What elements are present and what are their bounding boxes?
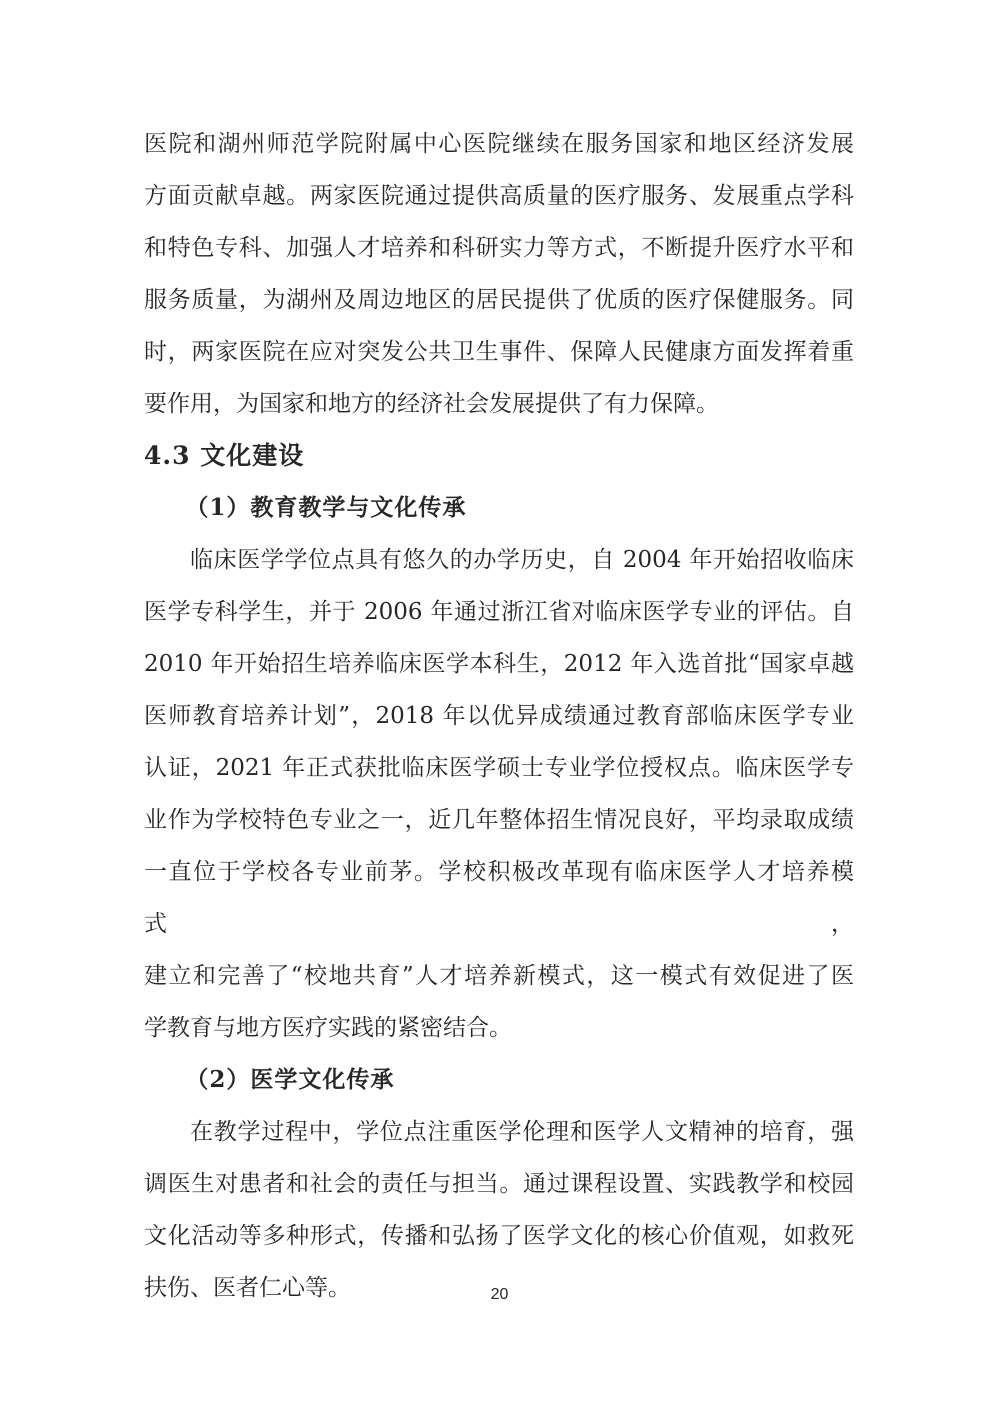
document-page: 医院和湖州师范学院附属中心医院继续在服务国家和地区经济发展方面贡献卓越。两家医院… [0, 0, 999, 1414]
text-line: 调医生对患者和社会的责任与担当。通过课程设置、实践教学和校园 [144, 1158, 854, 1210]
paragraph-medical-ethics: 在教学过程中，学位点注重医学伦理和医学人文精神的培育，强调医生对患者和社会的责任… [144, 1106, 854, 1314]
text-line: 学教育与地方医疗实践的紧密结合。 [144, 1002, 854, 1054]
text-line: 方面贡献卓越。两家医院通过提供高质量的医疗服务、发展重点学科 [144, 170, 854, 222]
text-line: 医学专科学生，并于 2006 年通过浙江省对临床医学专业的评估。自 [144, 586, 854, 638]
text-line: 业作为学校特色专业之一，近几年整体招生情况良好，平均录取成绩 [144, 794, 854, 846]
text-line: 在教学过程中，学位点注重医学伦理和医学人文精神的培育，强 [144, 1106, 854, 1158]
text-line: 医师教育培养计划”，2018 年以优异成绩通过教育部临床医学专业 [144, 690, 854, 742]
paragraph-clinical-medicine-history: 临床医学学位点具有悠久的办学历史，自 2004 年开始招收临床医学专科学生，并于… [144, 534, 854, 1054]
subsection-heading-education-teaching: （1）教育教学与文化传承 [144, 482, 854, 534]
text-line: 认证，2021 年正式获批临床医学硕士专业学位授权点。临床医学专 [144, 742, 854, 794]
text-line: 临床医学学位点具有悠久的办学历史，自 2004 年开始招收临床 [144, 534, 854, 586]
paragraph-hospitals-contribution: 医院和湖州师范学院附属中心医院继续在服务国家和地区经济发展方面贡献卓越。两家医院… [144, 118, 854, 430]
text-line: 医院和湖州师范学院附属中心医院继续在服务国家和地区经济发展 [144, 118, 854, 170]
page-number: 20 [0, 1286, 999, 1304]
text-line: 服务质量，为湖州及周边地区的居民提供了优质的医疗保健服务。同 [144, 274, 854, 326]
subsection-heading-medical-culture: （2）医学文化传承 [144, 1054, 854, 1106]
section-heading-culture-building: 4.3 文化建设 [144, 430, 854, 482]
text-line: 2010 年开始招生培养临床医学本科生，2012 年入选首批“国家卓越 [144, 638, 854, 690]
document-body: 医院和湖州师范学院附属中心医院继续在服务国家和地区经济发展方面贡献卓越。两家医院… [144, 118, 854, 1314]
text-line: 要作用，为国家和地方的经济社会发展提供了有力保障。 [144, 378, 854, 430]
text-line: 时，两家医院在应对突发公共卫生事件、保障人民健康方面发挥着重 [144, 326, 854, 378]
text-line: 建立和完善了“校地共育”人才培养新模式，这一模式有效促进了医 [144, 950, 854, 1002]
text-line: 和特色专科、加强人才培养和科研实力等方式，不断提升医疗水平和 [144, 222, 854, 274]
text-line: 文化活动等多种形式，传播和弘扬了医学文化的核心价值观，如救死 [144, 1210, 854, 1262]
text-line: 一直位于学校各专业前茅。学校积极改革现有临床医学人才培养模式， [144, 846, 854, 950]
